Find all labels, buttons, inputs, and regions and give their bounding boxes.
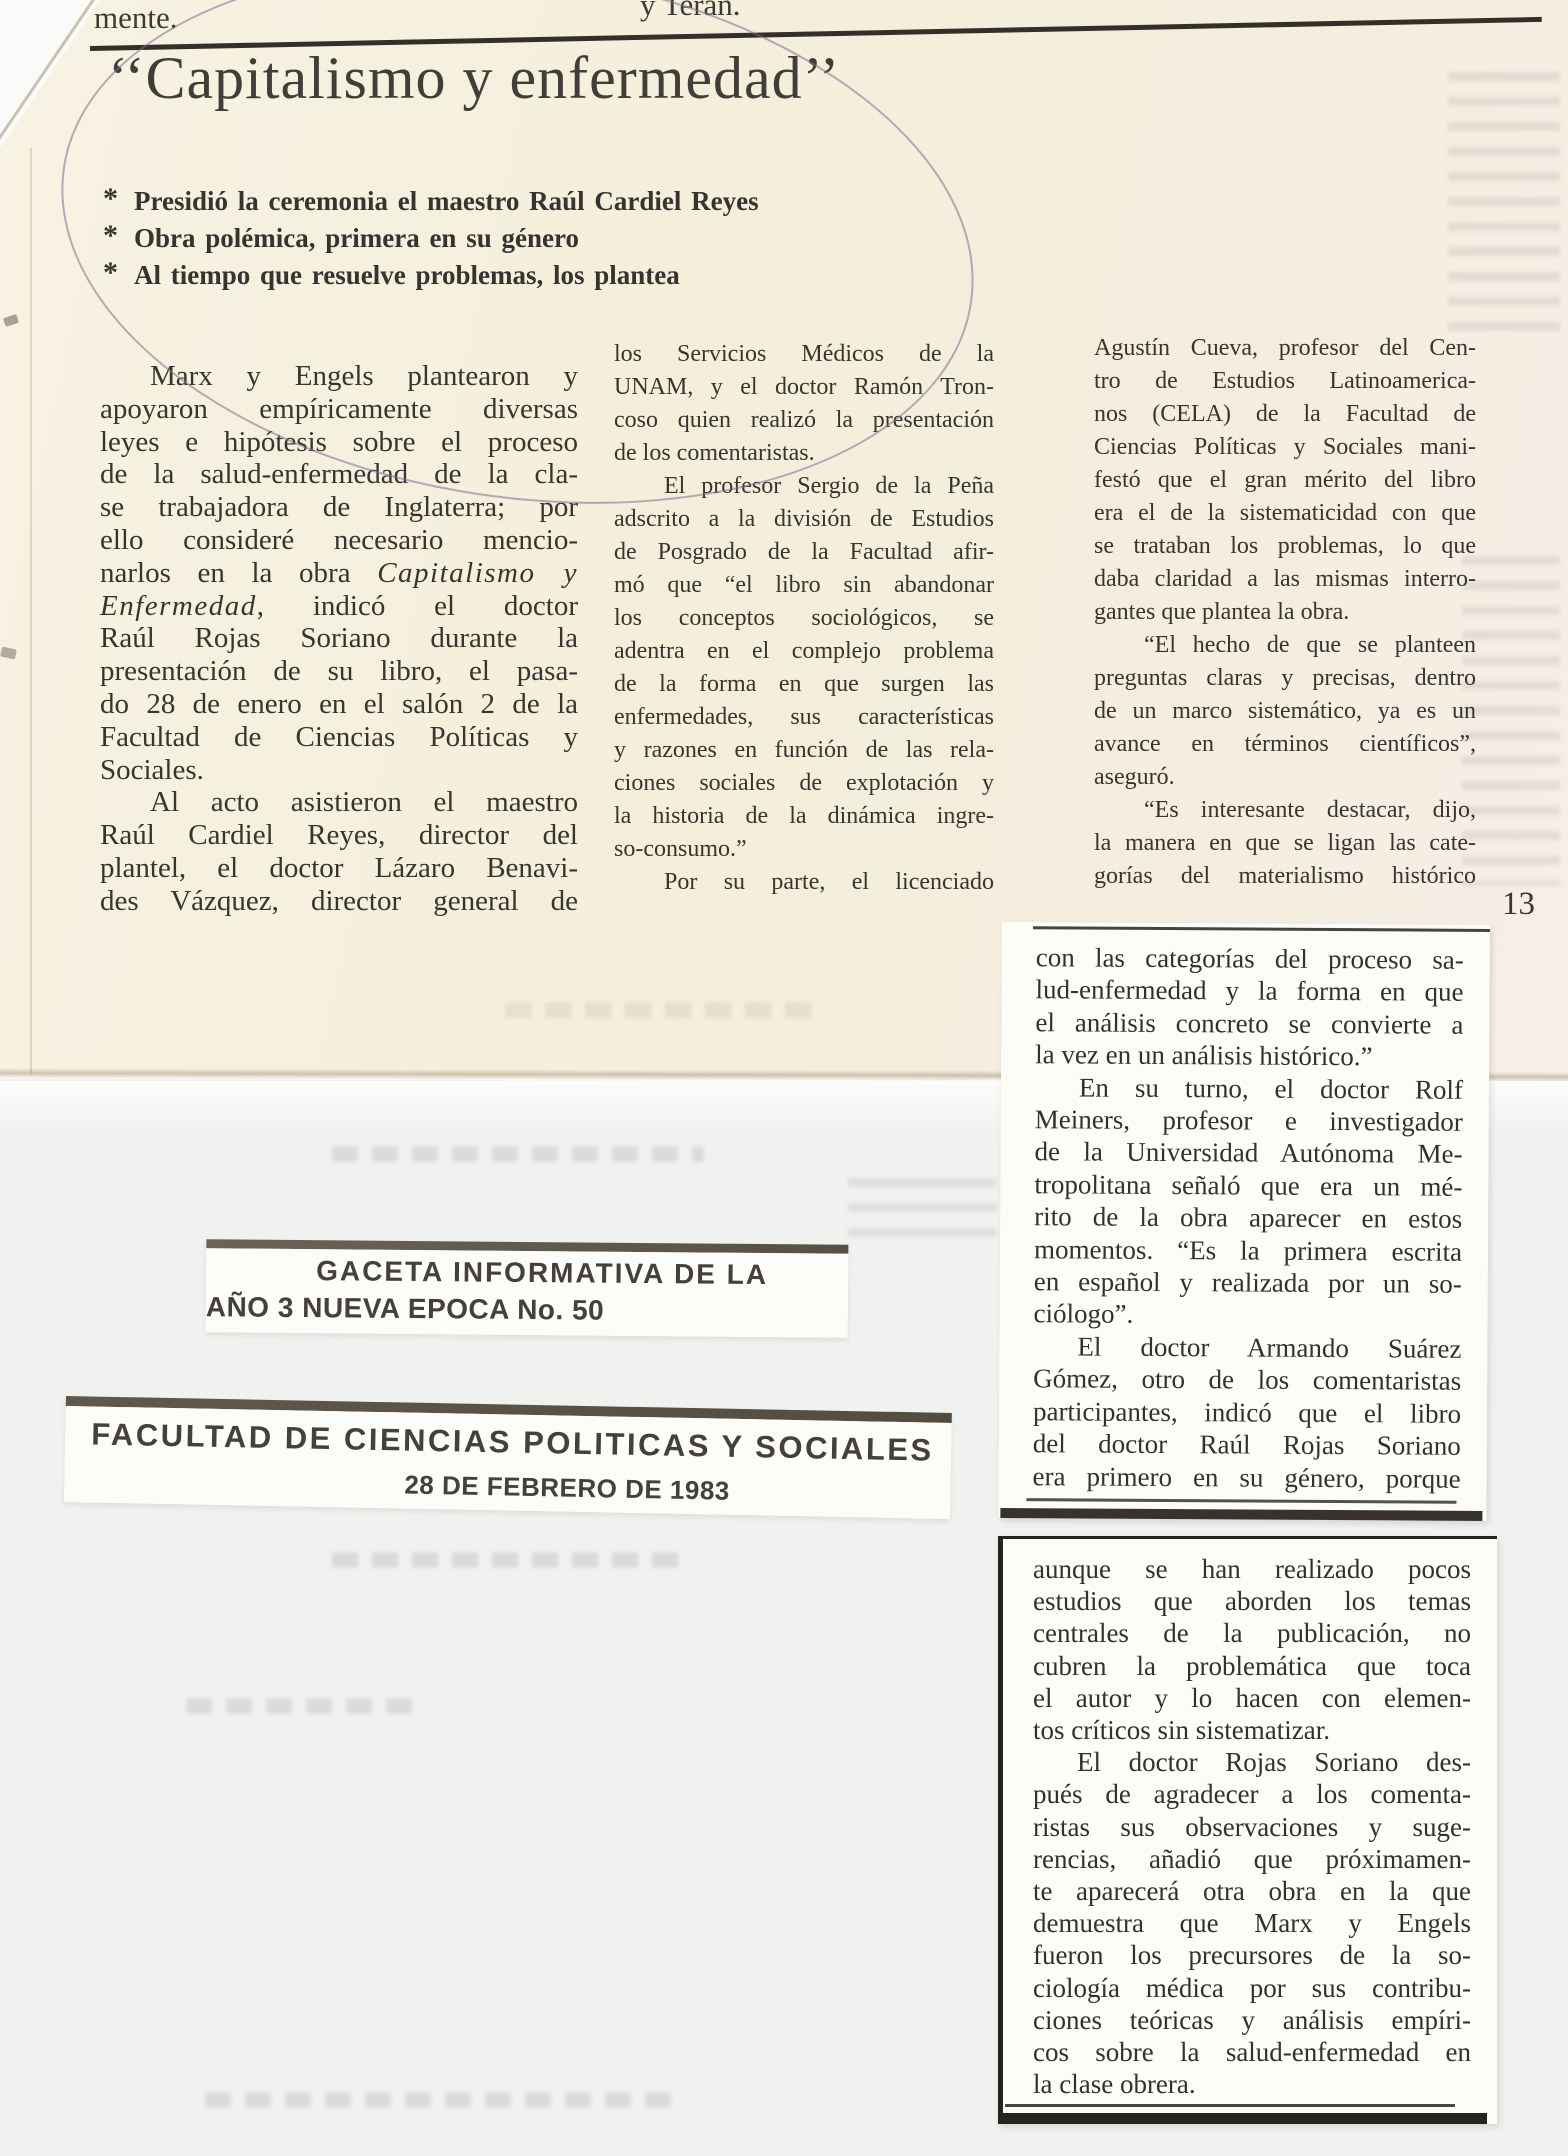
text-line: fueron los precursores de la so-: [1033, 1939, 1471, 1971]
pasted-column-bottom: aunque se han realizado pocosestudios qu…: [998, 1536, 1497, 2124]
text-line: los conceptos sociológicos, se: [614, 602, 994, 635]
text-line: centrales de la publicación, no: [1033, 1617, 1471, 1649]
text-line: Enfermedad, indicó el doctor: [100, 590, 578, 623]
bleed-through-text: [186, 1698, 412, 1714]
text-line: la manera en que se ligan las cate-: [1094, 827, 1476, 860]
headline: ‘‘Capitalismo y enfermedad’’: [108, 44, 840, 113]
text-line: adentra en el complejo problema: [614, 635, 994, 668]
text-line: “Es interesante destacar, dijo,: [1094, 794, 1476, 827]
text-line: Gómez, otro de los comentaristas: [1033, 1362, 1461, 1397]
bullet-text: Al tiempo que resuelve problemas, los pl…: [134, 260, 680, 290]
text-line: la historia de la dinámica ingre-: [614, 800, 994, 833]
asterisk-marker: *: [103, 260, 118, 290]
top-note-right: y Terán.: [640, 0, 741, 23]
bleed-through-text: [332, 1552, 688, 1568]
text-line: del doctor Raúl Rojas Soriano: [1033, 1427, 1461, 1462]
clipping-rule: [1005, 2104, 1455, 2107]
page-number: 13: [1502, 886, 1535, 923]
text-line: se trataban los problemas, lo que: [1094, 530, 1476, 563]
pasted-column-top: con las categorías del proceso sa-lud-en…: [998, 922, 1490, 1521]
text-line: festó que el gran mérito del libro: [1094, 464, 1476, 497]
clipping-rule: [1033, 926, 1490, 932]
asterisk-marker: *: [103, 186, 118, 216]
bleed-through-text: [205, 2092, 675, 2108]
scanned-document: mente. y Terán. ‘‘Capitalismo y enfermed…: [0, 0, 1568, 2156]
text-line: “El hecho de que se planteen: [1094, 629, 1476, 662]
text-line: tro de Estudios Latinoamerica-: [1094, 365, 1476, 398]
bleed-through-text: [332, 1146, 704, 1162]
text-line: de los comentaristas.: [614, 437, 994, 470]
article-column-3: Agustín Cueva, profesor del Cen-tro de E…: [1094, 332, 1476, 893]
bleed-through-text: [848, 1178, 996, 1238]
text-line: El doctor Armando Suárez: [1033, 1330, 1461, 1365]
bullet-item: * Al tiempo que resuelve problemas, los …: [103, 260, 863, 290]
text-line: de la forma en que surgen las: [614, 668, 994, 701]
bullet-text: Presidió la ceremonia el maestro Raúl Ca…: [134, 186, 759, 216]
gaceta-title: GACETA INFORMATIVA DE LA: [316, 1255, 768, 1291]
text-line: Sociales.: [100, 754, 578, 787]
facultad-title: FACULTAD DE CIENCIAS POLITICAS Y SOCIALE…: [91, 1416, 934, 1468]
top-note-left: mente.: [94, 0, 178, 36]
text-line: estudios que aborden los temas: [1033, 1585, 1471, 1617]
text-line: El profesor Sergio de la Peña: [614, 470, 994, 503]
asterisk-marker: *: [103, 223, 118, 253]
text-line: Meiners, profesor e investigador: [1035, 1103, 1463, 1138]
text-line: en español y realizada por un so-: [1034, 1265, 1462, 1300]
text-line: Al acto asistieron el maestro: [100, 786, 578, 819]
gaceta-label-clipping: GACETA INFORMATIVA DE LA AÑO 3 NUEVA EPO…: [206, 1239, 849, 1338]
text-line: rito de la obra aparecer en estos: [1034, 1200, 1462, 1235]
clipping-rule: [1003, 2113, 1487, 2124]
bullet-item: * Presidió la ceremonia el maestro Raúl …: [103, 186, 863, 216]
bullet-list: * Presidió la ceremonia el maestro Raúl …: [103, 186, 863, 297]
text-line: gantes que plantea la obra.: [1094, 596, 1476, 629]
text-line: Marx y Engels plantearon y: [100, 360, 578, 393]
text-line: des Vázquez, director general de: [100, 885, 578, 918]
text-line: el autor y lo hacen con elemen-: [1033, 1682, 1471, 1714]
text-line: y razones en función de las rela-: [614, 734, 994, 767]
text-line: Ciencias Políticas y Sociales mani-: [1094, 431, 1476, 464]
text-line: tropolitana señaló que era un mé-: [1034, 1168, 1462, 1203]
text-line: daba claridad a las mismas interro-: [1094, 563, 1476, 596]
text-line: la vez en un análisis histórico.”: [1035, 1038, 1463, 1073]
text-line: rencias, añadió que próximamen-: [1033, 1843, 1471, 1875]
gaceta-issue: AÑO 3 NUEVA EPOCA No. 50: [206, 1291, 605, 1326]
clipping-text: aunque se han realizado pocosestudios qu…: [1033, 1553, 1471, 2100]
text-line: ciología médica por sus contribu-: [1033, 1972, 1471, 2004]
text-line: era primero en su género, porque: [1033, 1460, 1461, 1495]
text-line: UNAM, y el doctor Ramón Tron-: [614, 371, 994, 404]
text-line: Raúl Rojas Soriano durante la: [100, 622, 578, 655]
text-line: de la salud-enfermedad de la cla-: [100, 458, 578, 491]
text-line: nos (CELA) de la Facultad de: [1094, 398, 1476, 431]
text-line: El doctor Rojas Soriano des-: [1033, 1746, 1471, 1778]
text-line: enfermedades, sus características: [614, 701, 994, 734]
text-line: cubren la problemática que toca: [1033, 1650, 1471, 1682]
text-line: narlos en la obra Capitalismo y: [100, 557, 578, 590]
text-line: ciones sociales de explotación y: [614, 767, 994, 800]
text-line: mó que “el libro sin abandonar: [614, 569, 994, 602]
article-column-1: Marx y Engels plantearon yapoyaron empír…: [100, 360, 578, 918]
text-line: demuestra que Marx y Engels: [1033, 1907, 1471, 1939]
text-line: aunque se han realizado pocos: [1033, 1553, 1471, 1585]
text-line: Facultad de Ciencias Políticas y: [100, 721, 578, 754]
facultad-label-clipping: FACULTAD DE CIENCIAS POLITICAS Y SOCIALE…: [64, 1396, 952, 1519]
text-line: En su turno, el doctor Rolf: [1035, 1071, 1463, 1106]
text-line: los Servicios Médicos de la: [614, 338, 994, 371]
text-line: ciones teóricas y análisis empíri-: [1033, 2004, 1471, 2036]
text-line: presentación de su libro, el pasa-: [100, 655, 578, 688]
text-line: Por su parte, el licenciado: [614, 866, 994, 899]
text-line: de la Universidad Autónoma Me-: [1034, 1136, 1462, 1171]
text-line: pués de agradecer a los comenta-: [1033, 1778, 1471, 1810]
text-line: tos críticos sin sistematizar.: [1033, 1714, 1471, 1746]
text-line: te aparecerá otra obra en la que: [1033, 1875, 1471, 1907]
text-line: ello consideré necesario mencio-: [100, 524, 578, 557]
article-column-2: los Servicios Médicos de laUNAM, y el do…: [614, 338, 994, 899]
clipping-paper: FACULTAD DE CIENCIAS POLITICAS Y SOCIALE…: [64, 1406, 952, 1519]
clipping-text: con las categorías del proceso sa-lud-en…: [1033, 941, 1464, 1495]
bullet-text: Obra polémica, primera en su género: [134, 223, 579, 253]
text-line: con las categorías del proceso sa-: [1036, 941, 1464, 976]
text-line: adscrito a la división de Estudios: [614, 503, 994, 536]
text-line: se trabajadora de Inglaterra; por: [100, 491, 578, 524]
text-line: cos sobre la salud-enfermedad en: [1033, 2036, 1471, 2068]
text-line: avance en términos científicos”,: [1094, 728, 1476, 761]
text-line: de Posgrado de la Facultad afir-: [614, 536, 994, 569]
text-line: lud-enfermedad y la forma en que: [1035, 974, 1463, 1009]
clipping-rule: [1026, 1498, 1456, 1504]
text-line: aseguró.: [1094, 761, 1476, 794]
text-line: ristas sus observaciones y suge-: [1033, 1811, 1471, 1843]
text-line: preguntas claras y precisas, dentro: [1094, 662, 1476, 695]
page-fold-line: [30, 148, 32, 1076]
clipping-paper: GACETA INFORMATIVA DE LA AÑO 3 NUEVA EPO…: [206, 1248, 849, 1338]
text-line: Agustín Cueva, profesor del Cen-: [1094, 332, 1476, 365]
text-line: el análisis concreto se convierte a: [1035, 1006, 1463, 1041]
text-line: la clase obrera.: [1033, 2068, 1471, 2100]
text-line: participantes, indicó que el libro: [1033, 1395, 1461, 1430]
text-line: coso quien realizó la presentación: [614, 404, 994, 437]
text-line: momentos. “Es la primera escrita: [1034, 1233, 1462, 1268]
text-line: so-consumo.”: [614, 833, 994, 866]
text-line: gorías del materialismo histórico: [1094, 860, 1476, 893]
text-line: de un marco sistemático, ya es un: [1094, 695, 1476, 728]
clipping-rule: [1000, 1508, 1482, 1521]
text-line: plantel, el doctor Lázaro Benavi-: [100, 852, 578, 885]
text-line: era el de la sistematicidad con que: [1094, 497, 1476, 530]
text-line: apoyaron empíricamente diversas: [100, 393, 578, 426]
text-line: ciólogo”.: [1034, 1298, 1462, 1333]
text-line: do 28 de enero en el salón 2 de la: [100, 688, 578, 721]
bullet-item: * Obra polémica, primera en su género: [103, 223, 863, 253]
text-line: Raúl Cardiel Reyes, director del: [100, 819, 578, 852]
facultad-date: 28 DE FEBRERO DE 1983: [404, 1470, 730, 1507]
text-line: leyes e hipótesis sobre el proceso: [100, 426, 578, 459]
